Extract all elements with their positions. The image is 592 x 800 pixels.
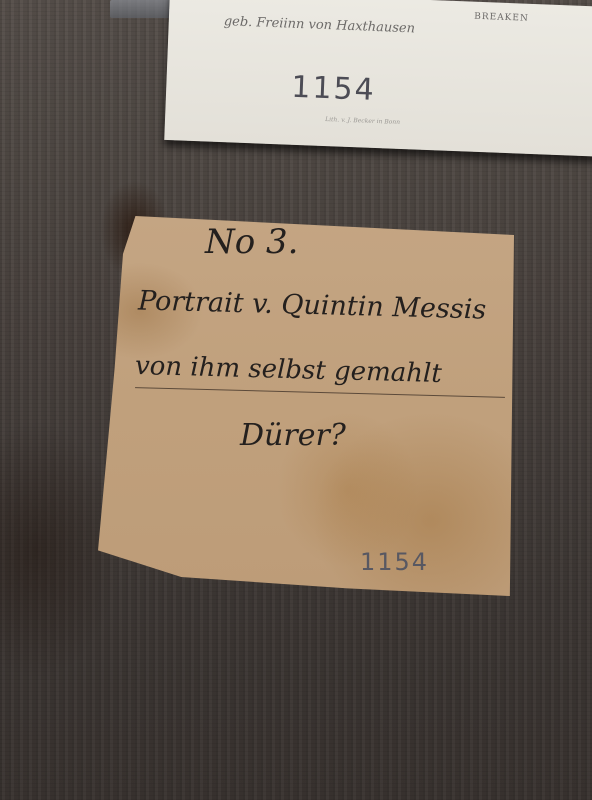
printed-label-top: BREAKEN geb. Freiinn von Haxthausen 1154… — [164, 0, 592, 157]
label-line-3: Dürer? — [240, 418, 346, 453]
label-heading-number: No 3. — [205, 222, 298, 262]
printed-caps-text: BREAKEN — [474, 12, 529, 24]
pencil-inventory-number-top: 1154 — [291, 70, 377, 108]
printed-name-text: geb. Freiinn von Haxthausen — [224, 14, 416, 36]
lithographer-imprint: Lith. v. J. Becker in Bonn — [325, 116, 400, 126]
pencil-inventory-number-card: 1154 — [360, 548, 429, 576]
handwritten-label-card — [98, 216, 514, 596]
